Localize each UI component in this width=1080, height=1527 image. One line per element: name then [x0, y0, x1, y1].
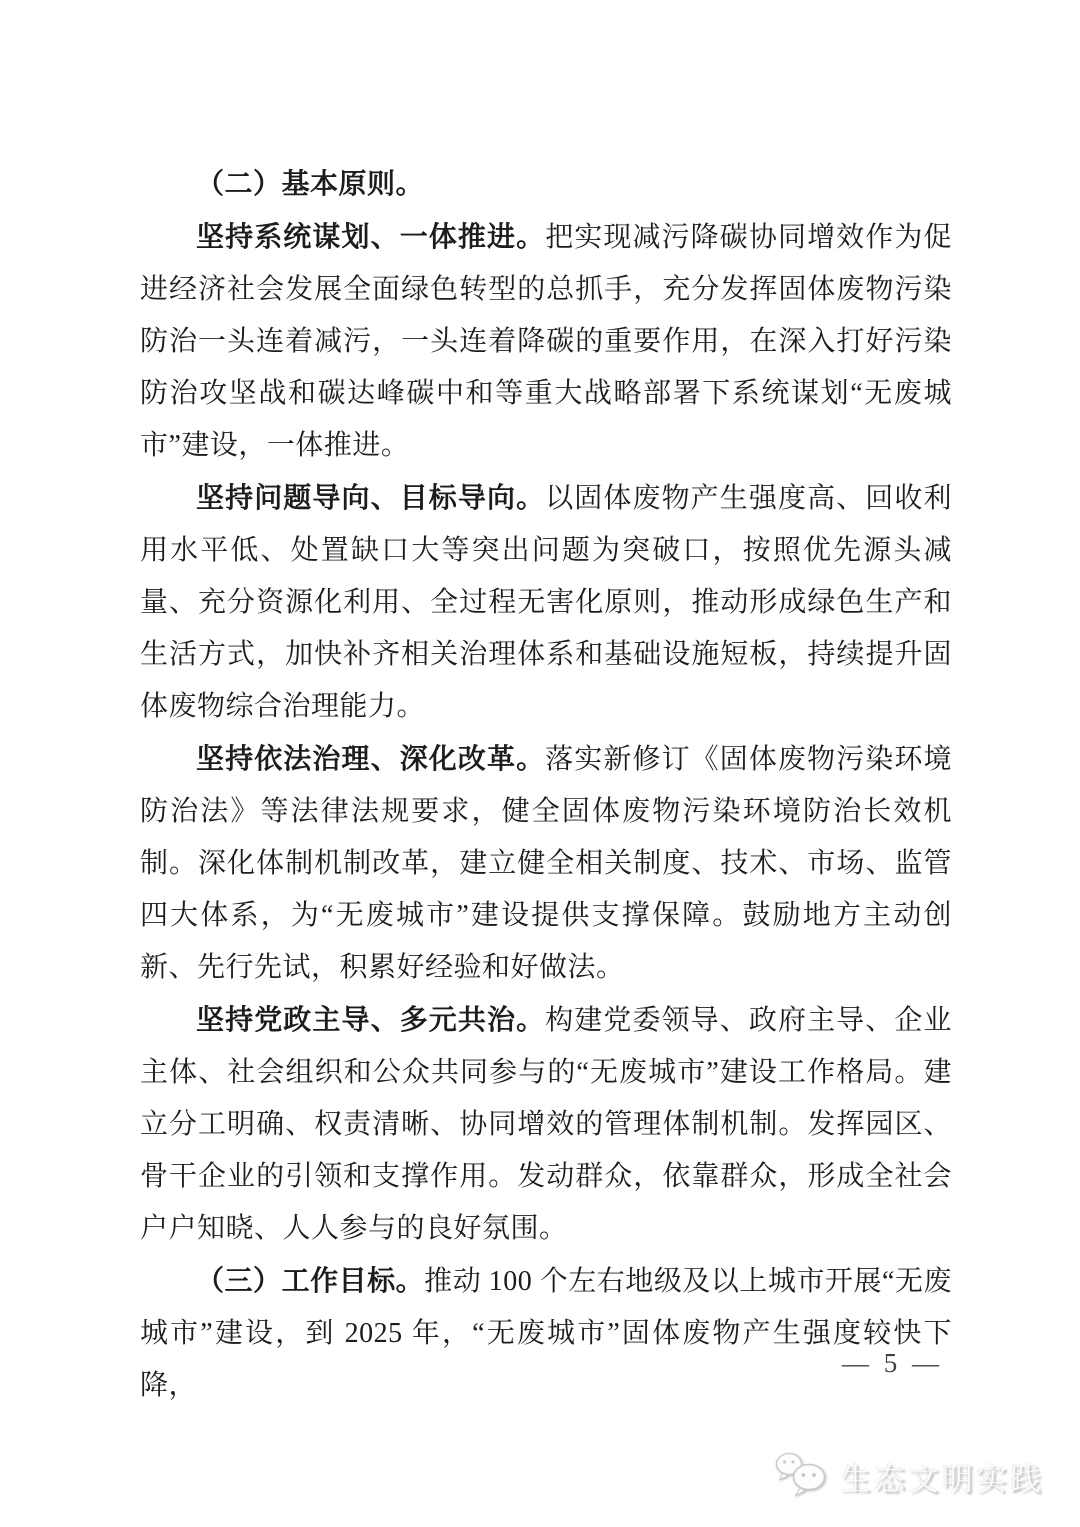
paragraph-party-government-led: 坚持党政主导、多元共治。构建党委领导、政府主导、企业主体、社会组织和公众共同参与… [140, 994, 952, 1255]
paragraph-work-goals: （三）工作目标。推动 100 个左右地级及以上城市开展“无废城市”建设，到 20… [140, 1255, 952, 1412]
paragraph-law-based-governance: 坚持依法治理、深化改革。落实新修订《固体废物污染环境防治法》等法律法规要求，健全… [140, 733, 952, 994]
paragraph-text: 把实现减污降碳协同增效作为促进经济社会发展全面绿色转型的总抓手，充分发挥固体废物… [140, 222, 952, 461]
paragraph-lead: （三）工作目标。 [196, 1265, 424, 1296]
section-heading-basic-principles: （二）基本原则。 [140, 158, 952, 211]
wechat-chat-bubbles-icon [774, 1450, 830, 1503]
document-body: （二）基本原则。 坚持系统谋划、一体推进。把实现减污降碳协同增效作为促进经济社会… [140, 158, 952, 1412]
paragraph-lead: 坚持系统谋划、一体推进。 [196, 221, 545, 252]
watermark: 生态文明实践 [774, 1450, 1044, 1503]
paragraph-lead: 坚持党政主导、多元共治。 [196, 1004, 545, 1035]
paragraph-lead: 坚持依法治理、深化改革。 [196, 743, 545, 774]
paragraph-lead: 坚持问题导向、目标导向。 [196, 482, 545, 513]
paragraph-text: 构建党委领导、政府主导、企业主体、社会组织和公众共同参与的“无废城市”建设工作格… [140, 1005, 952, 1244]
paragraph-problem-oriented: 坚持问题导向、目标导向。以固体废物产生强度高、回收利用水平低、处置缺口大等突出问… [140, 472, 952, 733]
watermark-text: 生态文明实践 [840, 1454, 1044, 1499]
paragraph-text: 落实新修订《固体废物污染环境防治法》等法律法规要求，健全固体废物污染环境防治长效… [140, 744, 952, 983]
section-heading-label: （二）基本原则。 [196, 168, 424, 199]
paragraph-systematic-planning: 坚持系统谋划、一体推进。把实现减污降碳协同增效作为促进经济社会发展全面绿色转型的… [140, 211, 952, 472]
paragraph-text: 以固体废物产生强度高、回收利用水平低、处置缺口大等突出问题为突破口，按照优先源头… [140, 483, 952, 722]
page-number: — 5 — [842, 1348, 943, 1379]
document-page: （二）基本原则。 坚持系统谋划、一体推进。把实现减污降碳协同增效作为促进经济社会… [0, 0, 1080, 1527]
